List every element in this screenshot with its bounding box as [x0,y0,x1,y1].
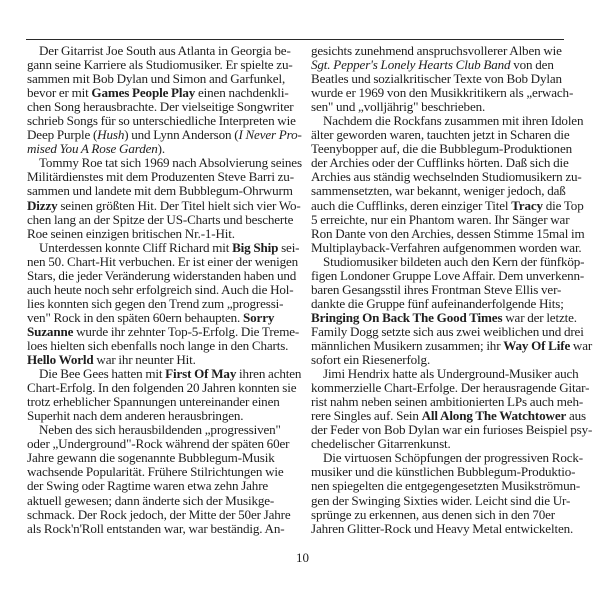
text-line: bevor er mit Games People Play einen nac… [27,86,289,100]
text-run: älter geworden waren, tauchten jetzt in … [311,127,570,142]
text-run: schmack. Der Rock jedoch, der Mitte der … [27,507,291,522]
text-line: der Swing oder Ragtime waren etwa zehn J… [27,479,289,493]
text-run: 5 erreichte, nur ein Phantom waren. Ihr … [311,212,569,227]
text-run: lies konnten sich gegen den Trend zum „p… [27,296,283,311]
text-line: Multiplayback-Verfahren aufgenommen word… [311,241,573,255]
italic-title: Hush [97,127,124,142]
text-run: Die Bee Gees hatten mit [39,366,165,381]
text-run: war ihr neunter Hit. [94,352,196,367]
text-run: ). [158,141,165,156]
text-run: sprünge zu erkennen, aus denen sich in d… [311,507,555,522]
text-line: Jahren Glitter-Rock und Heavy Metal entw… [311,522,573,536]
text-line: Die virtuosen Schöpfungen der progressiv… [311,451,573,465]
text-line: schmack. Der Rock jedoch, der Mitte der … [27,508,289,522]
text-line: schrieb Songs für so unterschiedliche In… [27,114,289,128]
text-run: kommerzielle Chart-Erfolge. Der herausra… [311,380,589,395]
text-line: Chart-Erfolg. In den folgenden 20 Jahren… [27,381,289,395]
song-title: All Along The Watchtower [422,408,567,423]
text-run: seinen größten Hit. Der Titel hielt sich… [58,198,301,213]
song-title: Dizzy [27,198,58,213]
text-line: auch die Cufflinks, deren einziger Titel… [311,199,573,213]
text-line: Hello World war ihr neunter Hit. [27,353,289,367]
text-line: musiker und die künstlichen Bubblegum-Pr… [311,465,573,479]
text-line: nen 50. Chart-Hit verbuchen. Er ist eine… [27,255,289,269]
text-run: Nachdem die Rockfans zusammen mit ihren … [323,113,583,128]
song-title: Tracy [511,198,543,213]
text-run: Die virtuosen Schöpfungen der progressiv… [323,450,583,465]
text-run: von den [510,57,553,72]
text-line: sammen mit Bob Dylan und Simon and Garfu… [27,72,289,86]
paragraph: Die virtuosen Schöpfungen der progressiv… [311,451,573,535]
text-line: sprünge zu erkennen, aus denen sich in d… [311,508,573,522]
text-line: Nachdem die Rockfans zusammen mit ihren … [311,114,573,128]
text-line: sammensetzten, war bekannt, weniger jedo… [311,184,573,198]
text-line: gesichts zunehmend anspruchsvollerer Alb… [311,44,573,58]
text-run: Militärdienstes mit dem Produzenten Stev… [27,169,294,184]
text-run: Roe seinen einzigen britischen Nr.-1-Hit… [27,226,235,241]
text-run: figen Londoner Gruppe Love Affair. Dem u… [311,268,584,283]
text-run: auch heute noch sehr erfolgreich sind. A… [27,282,294,297]
song-title: Suzanne [27,324,73,339]
song-title: Sorry [243,310,274,325]
text-run: Neben des sich herausbildenden „progress… [39,422,281,437]
text-line: gen der Swinging Sixties wider. Leicht s… [311,494,573,508]
italic-title: Sgt. Pepper's Lonely Hearts Club Band [311,57,510,72]
text-run: als Rock'n'Roll entstanden war, war best… [27,521,284,536]
text-line: sammen und landete mit dem Bubblegum-Ohr… [27,184,289,198]
text-run: Beatles und sozialkritischer Texte von B… [311,71,562,86]
text-run: Jimi Hendrix hatte als Underground-Musik… [323,366,579,381]
text-run: ven" Rock in den späten 60ern behaupten. [27,310,243,325]
text-line: gann seine Karriere als Studiomusiker. E… [27,58,289,72]
text-run: der Feder von Bob Dylan war ein furioses… [311,422,592,437]
text-line: wurde er 1969 von den Musikkritikern als… [311,86,573,100]
text-run: sammen mit Bob Dylan und Simon and Garfu… [27,71,285,86]
text-run: Multiplayback-Verfahren aufgenommen word… [311,240,582,255]
text-line: als Rock'n'Roll entstanden war, war best… [27,522,289,536]
italic-title: mised You A Rose Garden [27,141,158,156]
text-run: ) und Lynn Anderson ( [124,127,238,142]
text-line: aktuell gewesen; dann änderte sich der M… [27,494,289,508]
text-line: Roe seinen einzigen britischen Nr.-1-Hit… [27,227,289,241]
text-run: dankte die Gruppe fünf aufeinanderfolgen… [311,296,564,311]
text-line: Neben des sich herausbildenden „progress… [27,423,289,437]
text-line: männlichen Musikern zusammen; ihr Way Of… [311,339,573,353]
text-line: figen Londoner Gruppe Love Affair. Dem u… [311,269,573,283]
text-line: Jimi Hendrix hatte als Underground-Musik… [311,367,573,381]
text-run: Tommy Roe tat sich 1969 nach Absolvierun… [39,155,302,170]
text-run: Der Gitarrist Joe South aus Atlanta in G… [39,43,291,58]
text-run: sammen und landete mit dem Bubblegum-Ohr… [27,183,293,198]
text-run: wurde er 1969 von den Musikkritikern als… [311,85,573,100]
text-run: Studiomusiker bildeten auch den Kern der… [323,254,584,269]
text-run: chedelischer Gitarrenkunst. [311,436,451,451]
paragraph: Neben des sich herausbildenden „progress… [27,423,289,535]
text-run: sofort ein Riesenerfolg. [311,352,430,367]
text-run: loes hielten sich ebenfalls noch lange i… [27,338,288,353]
text-line: ven" Rock in den späten 60ern behaupten.… [27,311,289,325]
paragraph: Tommy Roe tat sich 1969 nach Absolvierun… [27,156,289,240]
text-line: Beatles und sozialkritischer Texte von B… [311,72,573,86]
song-title: Way Of Life [503,338,570,353]
text-run: Stars, die jeder Veränderung widerstande… [27,268,296,283]
text-line: Der Gitarrist Joe South aus Atlanta in G… [27,44,289,58]
text-line: Sgt. Pepper's Lonely Hearts Club Band vo… [311,58,573,72]
text-run: musiker und die künstlichen Bubblegum-Pr… [311,464,575,479]
text-line: Superhit nach dem anderen herausbringen. [27,409,289,423]
text-line: Suzanne wurde ihr zehnter Top-5-Erfolg. … [27,325,289,339]
text-line: sofort ein Riesenerfolg. [311,353,573,367]
text-run: chen Song herausbrachte. Der vielseitige… [27,99,293,114]
text-line: Ron Dante von den Archies, dessen Stimme… [311,227,573,241]
song-title: Games People Play [91,85,195,100]
paragraph: Der Gitarrist Joe South aus Atlanta in G… [27,44,289,156]
paragraph: Jimi Hendrix hatte als Underground-Musik… [311,367,573,451]
text-run: rere Singles auf. Sein [311,408,422,423]
text-run: der Archies oder der Cufflinks hörten. D… [311,155,569,170]
text-run: nen 50. Chart-Hit verbuchen. Er ist eine… [27,254,298,269]
text-run: rist nahm neben seinen ambitionierten LP… [311,394,583,409]
text-line: Die Bee Gees hatten mit First Of May ihr… [27,367,289,381]
paragraph: Unterdessen konnte Cliff Richard mit Big… [27,241,289,367]
text-run: sei- [278,240,299,255]
text-run: Unterdessen konnte Cliff Richard mit [39,240,232,255]
text-run: Jahren Glitter-Rock und Heavy Metal entw… [311,521,573,536]
text-line: Bringing On Back The Good Times war der … [311,311,573,325]
text-run: ihren achten [236,366,301,381]
text-run: gesichts zunehmend anspruchsvollerer Alb… [311,43,562,58]
text-run: Deep Purple ( [27,127,97,142]
song-title: Bringing On Back The Good Times [311,310,502,325]
text-line: Archies aus ständig wechselnden Studiomu… [311,170,573,184]
paragraph: gesichts zunehmend anspruchsvollerer Alb… [311,44,573,114]
text-run: die Top [543,198,584,213]
text-line: Jahre gewann die sogenannte Bubblegum-Mu… [27,451,289,465]
paragraph: Nachdem die Rockfans zusammen mit ihren … [311,114,573,254]
text-line: wachsende Popularität. Frühere Stilricht… [27,465,289,479]
text-line: 5 erreichte, nur ein Phantom waren. Ihr … [311,213,573,227]
text-run: aktuell gewesen; dann änderte sich der M… [27,493,274,508]
text-line: der Feder von Bob Dylan war ein furioses… [311,423,573,437]
text-run: sammensetzten, war bekannt, weniger jedo… [311,183,566,198]
text-line: der Archies oder der Cufflinks hörten. D… [311,156,573,170]
text-line: rere Singles auf. Sein All Along The Wat… [311,409,573,423]
text-line: Militärdienstes mit dem Produzenten Stev… [27,170,289,184]
text-line: Unterdessen konnte Cliff Richard mit Big… [27,241,289,255]
paragraph: Die Bee Gees hatten mit First Of May ihr… [27,367,289,423]
text-run: trotz erheblicher Spannungen untereinand… [27,394,280,409]
text-run: Archies aus ständig wechselnden Studiomu… [311,169,582,184]
text-run: Ron Dante von den Archies, dessen Stimme… [311,226,585,241]
text-run: sen" und „volljährig" beschrieben. [311,99,485,114]
left-column: Der Gitarrist Joe South aus Atlanta in G… [27,44,289,536]
text-line: Studiomusiker bildeten auch den Kern der… [311,255,573,269]
text-line: kommerzielle Chart-Erfolge. Der herausra… [311,381,573,395]
text-run: bevor er mit [27,85,91,100]
text-line: chen lang an der Spitze der US-Charts un… [27,213,289,227]
text-run: Jahre gewann die sogenannte Bubblegum-Mu… [27,450,275,465]
text-line: älter geworden waren, tauchten jetzt in … [311,128,573,142]
page-number: 10 [296,550,309,566]
text-run: Teenybopper auf, die die Bubblegum-Produ… [311,141,572,156]
text-run: gann seine Karriere als Studiomusiker. E… [27,57,293,72]
text-line: chen Song herausbrachte. Der vielseitige… [27,100,289,114]
text-run: auch die Cufflinks, deren einziger Titel [311,198,511,213]
text-run: war der letzte. [502,310,577,325]
text-run: chen lang an der Spitze der US-Charts un… [27,212,293,227]
text-line: Family Dogg setzte sich aus zwei weiblic… [311,325,573,339]
text-line: rist nahm neben seinen ambitionierten LP… [311,395,573,409]
paragraph: Studiomusiker bildeten auch den Kern der… [311,255,573,367]
song-title: Big Ship [232,240,278,255]
text-line: trotz erheblicher Spannungen untereinand… [27,395,289,409]
text-line: Stars, die jeder Veränderung widerstande… [27,269,289,283]
top-rule [26,39,564,40]
text-line: baren Gesangsstil ihres Frontman Steve E… [311,283,573,297]
text-line: Teenybopper auf, die die Bubblegum-Produ… [311,142,573,156]
text-line: mised You A Rose Garden). [27,142,289,156]
text-run: Family Dogg setzte sich aus zwei weiblic… [311,324,584,339]
text-run: einen nachdenkli- [195,85,288,100]
song-title: Hello World [27,352,94,367]
text-line: oder „Underground"-Rock während der spät… [27,437,289,451]
song-title: First Of May [165,366,236,381]
text-run: oder „Underground"-Rock während der spät… [27,436,289,451]
text-line: Tommy Roe tat sich 1969 nach Absolvierun… [27,156,289,170]
text-run: wurde ihr zehnter Top-5-Erfolg. Die Trem… [73,324,299,339]
italic-title: I Never Pro- [238,127,301,142]
text-run: der Swing oder Ragtime waren etwa zehn J… [27,478,268,493]
text-line: nen spiegelten die entgegengesetzten Mus… [311,479,573,493]
text-run: Chart-Erfolg. In den folgenden 20 Jahren… [27,380,296,395]
text-line: sen" und „volljährig" beschrieben. [311,100,573,114]
right-column: gesichts zunehmend anspruchsvollerer Alb… [311,44,573,536]
text-run: aus [566,408,586,423]
text-line: loes hielten sich ebenfalls noch lange i… [27,339,289,353]
text-line: auch heute noch sehr erfolgreich sind. A… [27,283,289,297]
text-run: gen der Swinging Sixties wider. Leicht s… [311,493,570,508]
text-line: Dizzy seinen größten Hit. Der Titel hiel… [27,199,289,213]
text-run: nen spiegelten die entgegengesetzten Mus… [311,478,580,493]
text-run: war [570,338,592,353]
text-run: Superhit nach dem anderen herausbringen. [27,408,243,423]
text-run: schrieb Songs für so unterschiedliche In… [27,113,296,128]
text-line: lies konnten sich gegen den Trend zum „p… [27,297,289,311]
text-run: männlichen Musikern zusammen; ihr [311,338,503,353]
text-line: Deep Purple (Hush) und Lynn Anderson (I … [27,128,289,142]
text-line: chedelischer Gitarrenkunst. [311,437,573,451]
text-run: wachsende Popularität. Frühere Stilricht… [27,464,284,479]
text-run: baren Gesangsstil ihres Frontman Steve E… [311,282,561,297]
text-line: dankte die Gruppe fünf aufeinanderfolgen… [311,297,573,311]
